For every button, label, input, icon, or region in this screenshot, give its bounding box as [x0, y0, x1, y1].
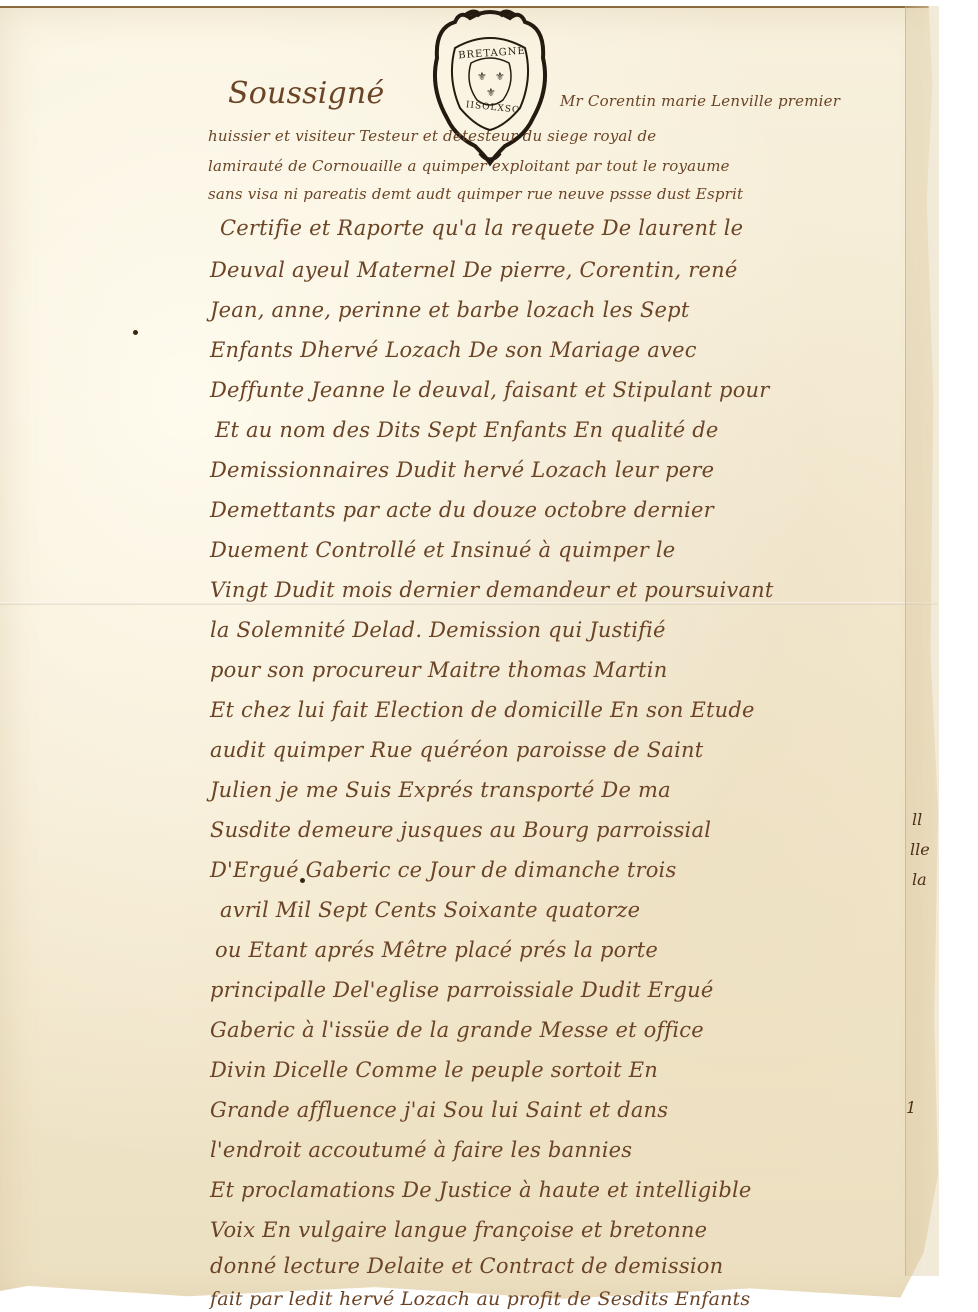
line-4: sans visa ni pareatis demt audt quimper …	[208, 185, 743, 203]
line-31: donné lecture Delaite et Contract de dem…	[210, 1254, 723, 1278]
margin-note: la	[912, 870, 927, 889]
line-8: Enfants Dhervé Lozach De son Mariage ave…	[210, 338, 697, 362]
line-26: Divin Dicelle Comme le peuple sortoit En	[210, 1058, 658, 1082]
line-heading: Soussigné	[228, 76, 384, 111]
line-22: avril Mil Sept Cents Soixante quatorze	[220, 898, 640, 922]
line-16: pour son procureur Maitre thomas Martin	[210, 658, 667, 682]
line-28: l'endroit accoutumé à faire les bannies	[210, 1138, 632, 1162]
line-5: Certifie et Raporte qu'a la requete De l…	[220, 216, 743, 240]
line-32: fait par ledit hervé Lozach au profit de…	[210, 1288, 750, 1310]
line-24: principalle Del'eglise parroissiale Dudi…	[210, 978, 713, 1002]
line-19: Julien je me Suis Exprés transporté De m…	[210, 778, 671, 802]
line-29: Et proclamations De Justice à haute et i…	[210, 1178, 752, 1202]
line-17: Et chez lui fait Election de domicille E…	[210, 698, 755, 722]
line-23: ou Etant aprés Mêtre placé prés la porte	[215, 938, 658, 962]
line-6: Deuval ayeul Maternel De pierre, Corenti…	[210, 258, 738, 282]
line-9: Deffunte Jeanne le deuval, faisant et St…	[210, 378, 770, 402]
margin-note: 1	[906, 1098, 916, 1117]
line-30: Voix En vulgaire langue françoise et bre…	[210, 1218, 707, 1242]
line-10: Et au nom des Dits Sept Enfants En quali…	[215, 418, 718, 442]
svg-text:⚜: ⚜	[477, 71, 487, 83]
svg-text:⚜: ⚜	[495, 71, 505, 83]
line-27: Grande affluence j'ai Sou lui Saint et d…	[210, 1098, 668, 1122]
margin-note: lle	[910, 840, 930, 859]
folded-margin	[905, 6, 939, 1276]
line-13: Duement Controllé et Insinué à quimper l…	[210, 538, 675, 562]
line-12: Demettants par acte du douze octobre der…	[210, 498, 714, 522]
line-18: audit quimper Rue quéréon paroisse de Sa…	[210, 738, 703, 762]
line-14: Vingt Dudit mois dernier demandeur et po…	[210, 578, 774, 602]
line-25: Gaberic à l'issüe de la grande Messe et …	[210, 1018, 704, 1042]
svg-text:⚜: ⚜	[486, 87, 496, 99]
line-2: huissier et visiteur Testeur et detesteu…	[208, 127, 656, 145]
line-15: la Solemnité Delad. Demission qui Justif…	[210, 618, 666, 642]
scanned-page: ⚜ ⚜ ⚜ BRETAGNE IISOLXSO Soussigné Mr Cor…	[0, 0, 978, 1312]
line-3: lamirauté de Cornouaille a quimper explo…	[208, 157, 730, 175]
ink-spot	[300, 878, 305, 883]
line-20: Susdite demeure jusques au Bourg parrois…	[210, 818, 711, 842]
paper-fold	[0, 602, 938, 605]
line-21: D'Ergué Gaberic ce Jour de dimanche troi…	[210, 858, 676, 882]
line-1: Mr Corentin marie Lenville premier	[560, 92, 840, 110]
ink-spot	[133, 330, 138, 335]
margin-note: ll	[912, 810, 922, 829]
line-7: Jean, anne, perinne et barbe lozach les …	[210, 298, 689, 322]
line-11: Demissionnaires Dudit hervé Lozach leur …	[210, 458, 714, 482]
